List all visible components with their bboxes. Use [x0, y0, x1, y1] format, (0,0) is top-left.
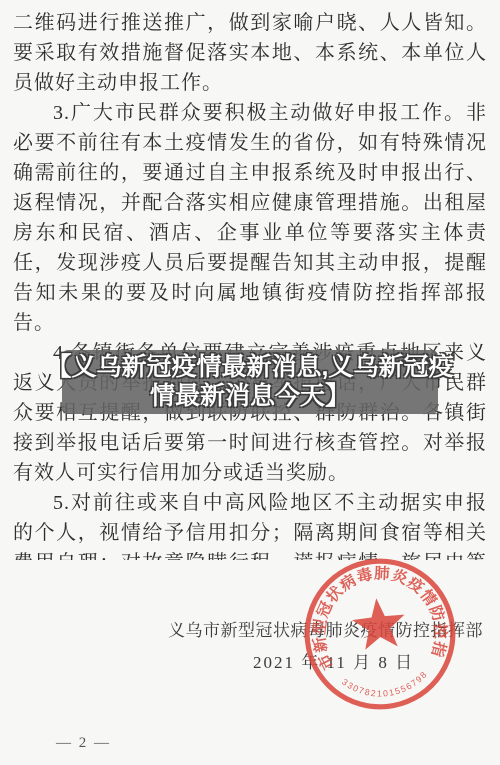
watermark-title-line1: 【义乌新冠疫情最新消息,义乌新冠疫 — [47, 353, 454, 382]
official-seal: 义乌市新型冠状病毒肺炎疫情防控指挥部 330782101556798 — [292, 546, 468, 722]
star-icon — [350, 596, 408, 651]
watermark-title-banner: 【义乌新冠疫情最新消息,义乌新冠疫 情最新消息今天】 — [62, 350, 438, 414]
paragraph-item-3: 3.广大市民群众要积极主动做好申报工作。非必要不前往有本土疫情发生的省份，如有特… — [13, 98, 487, 338]
page-number: — 2 — — [56, 735, 111, 752]
document-text: 二维码进行推送推广，做到家喻户晓、人人皆知。要采取有效措施督促落实本地、本系统、… — [13, 8, 487, 560]
seal-ring-text: 义乌市新型冠状病毒肺炎疫情防控指挥部 — [292, 546, 454, 676]
paragraph-continuation: 二维码进行推送推广，做到家喻户晓、人人皆知。要采取有效措施督促落实本地、本系统、… — [13, 8, 487, 98]
watermark-title-line2: 情最新消息今天】 — [150, 382, 350, 411]
document-page: 二维码进行推送推广，做到家喻户晓、人人皆知。要采取有效措施督促落实本地、本系统、… — [0, 0, 500, 765]
